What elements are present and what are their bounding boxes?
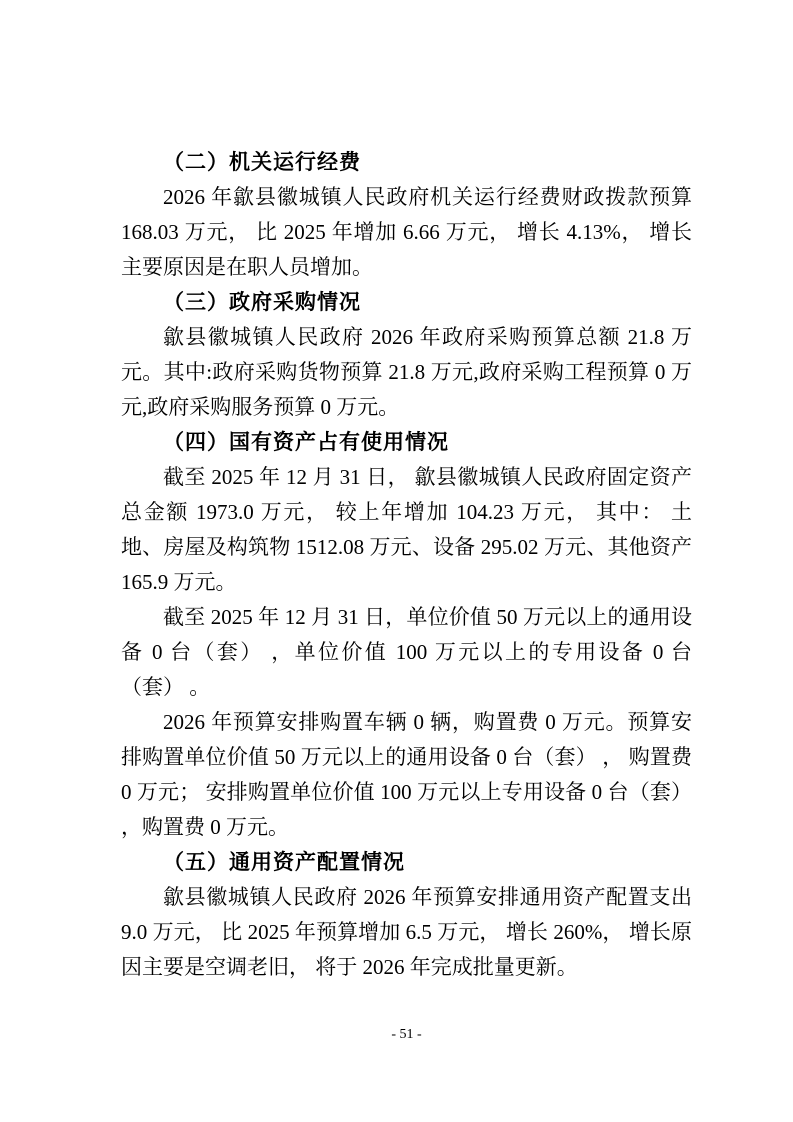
section-heading-state-assets: （四）国有资产占有使用情况 — [121, 425, 692, 460]
section-heading-general-asset-allocation: （五）通用资产配置情况 — [121, 845, 692, 880]
document-body: （二）机关运行经费 2026 年歙县徽城镇人民政府机关运行经费财政拨款预算 16… — [121, 145, 692, 985]
paragraph-state-assets-purchases: 2026 年预算安排购置车辆 0 辆，购置费 0 万元。预算安排购置单位价值 5… — [121, 705, 692, 845]
section-heading-agency-operating-costs: （二）机关运行经费 — [121, 145, 692, 180]
paragraph-government-procurement: 歙县徽城镇人民政府 2026 年政府采购预算总额 21.8 万元。其中:政府采购… — [121, 320, 692, 425]
paragraph-state-assets-equipment: 截至 2025 年 12 月 31 日，单位价值 50 万元以上的通用设备 0 … — [121, 600, 692, 705]
document-page: （二）机关运行经费 2026 年歙县徽城镇人民政府机关运行经费财政拨款预算 16… — [0, 0, 793, 1122]
page-footer: - 51 - — [121, 1026, 692, 1044]
page-number: - 51 - — [391, 1027, 421, 1042]
section-heading-government-procurement: （三）政府采购情况 — [121, 285, 692, 320]
paragraph-general-asset-allocation: 歙县徽城镇人民政府 2026 年预算安排通用资产配置支出 9.0 万元， 比 2… — [121, 880, 692, 985]
paragraph-agency-operating-costs: 2026 年歙县徽城镇人民政府机关运行经费财政拨款预算 168.03 万元， 比… — [121, 180, 692, 285]
paragraph-state-assets-totals: 截至 2025 年 12 月 31 日， 歙县徽城镇人民政府固定资产总金额 19… — [121, 460, 692, 600]
